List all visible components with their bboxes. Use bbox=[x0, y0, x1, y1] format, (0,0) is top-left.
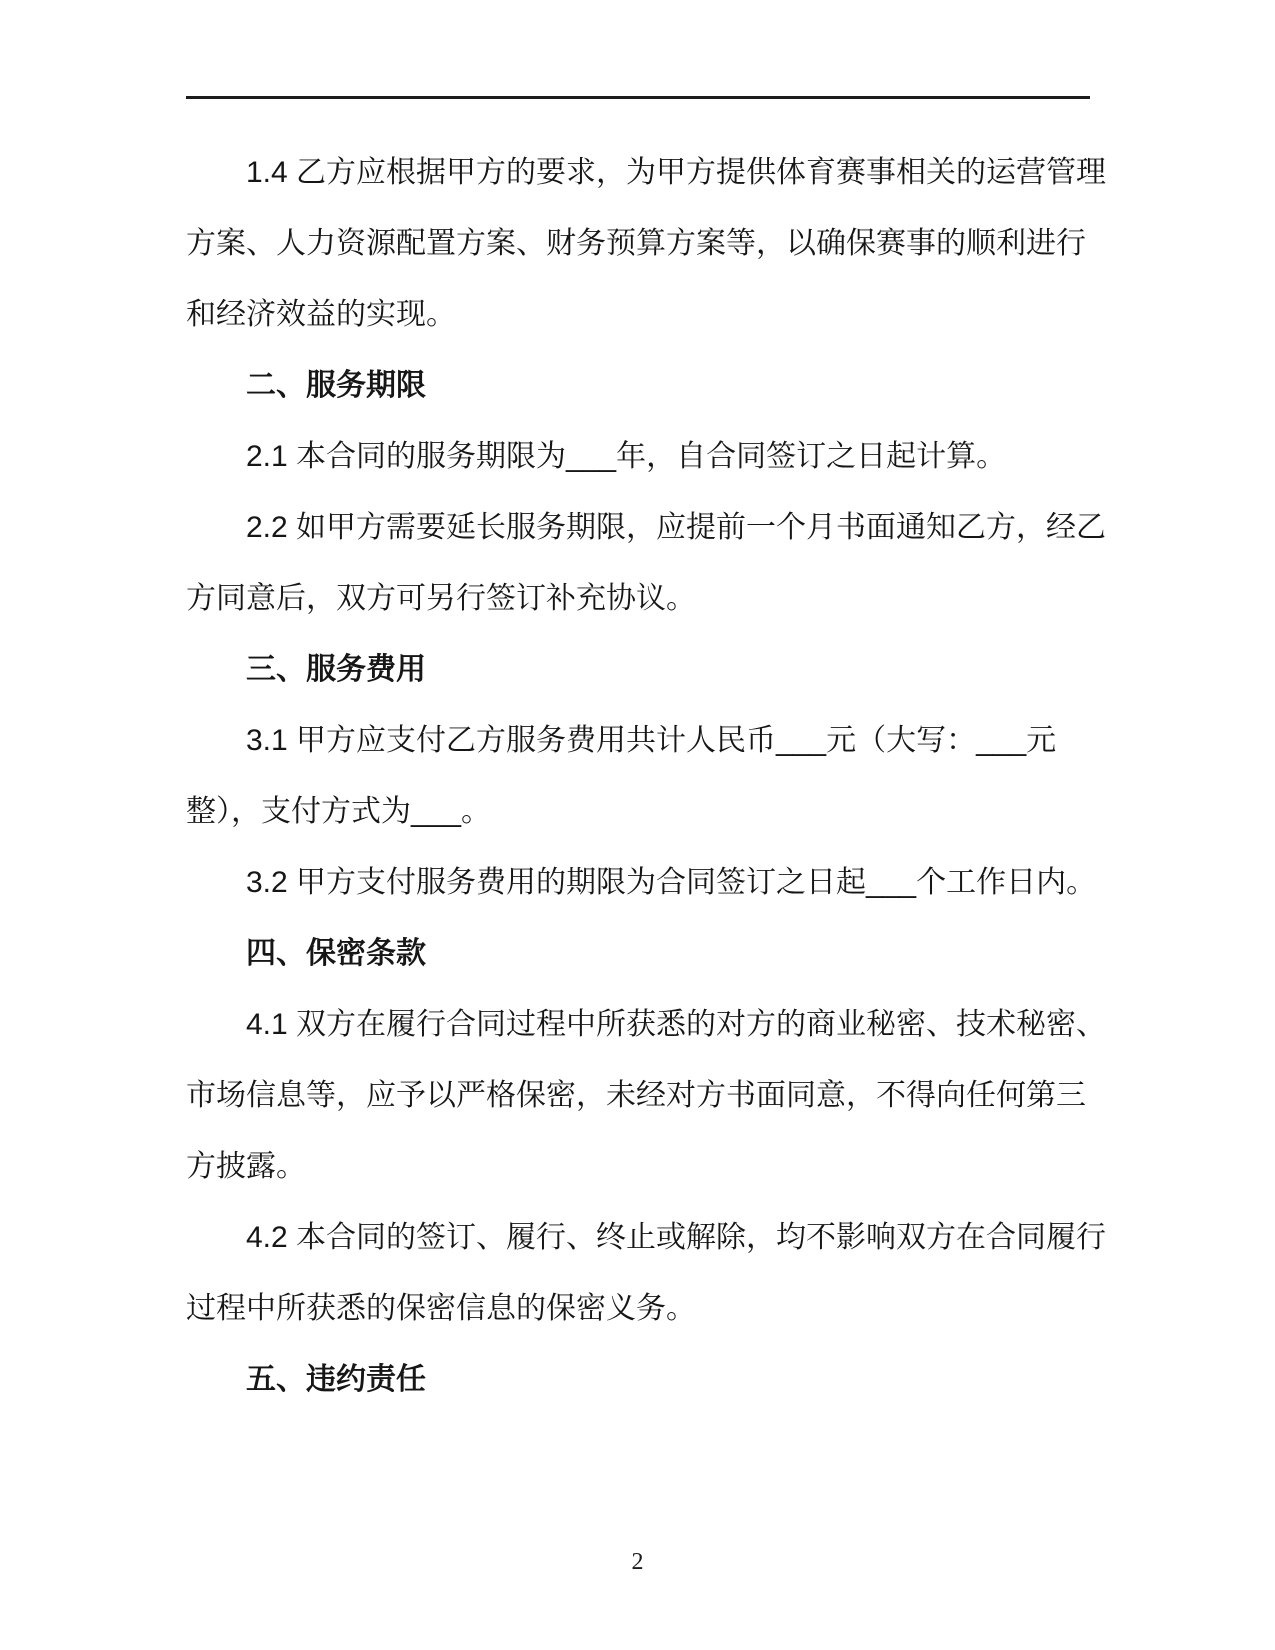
header-rule bbox=[186, 96, 1090, 99]
contract-body: 1.4 乙方应根据甲方的要求，为甲方提供体育赛事相关的运营管理 方案、人力资源配… bbox=[186, 137, 1090, 1415]
page-number: 2 bbox=[0, 1549, 1275, 1576]
clause-2-2-line-2: 方同意后，双方可另行签订补充协议。 bbox=[186, 563, 1090, 634]
clause-4-2-line-2: 过程中所获悉的保密信息的保密义务。 bbox=[186, 1273, 1090, 1344]
clause-4-2-line-1: 4.2 本合同的签订、履行、终止或解除，均不影响双方在合同履行 bbox=[186, 1202, 1090, 1273]
clause-4-1-line-3: 方披露。 bbox=[186, 1131, 1090, 1202]
clause-3-1-line-2: 整），支付方式为___。 bbox=[186, 776, 1090, 847]
clause-2-2-line-1: 2.2 如甲方需要延长服务期限，应提前一个月书面通知乙方，经乙 bbox=[186, 492, 1090, 563]
section-heading-confidentiality: 四、保密条款 bbox=[186, 918, 1090, 989]
clause-3-2-line-1: 3.2 甲方支付服务费用的期限为合同签订之日起___个工作日内。 bbox=[186, 847, 1090, 918]
section-heading-service-fee: 三、服务费用 bbox=[186, 634, 1090, 705]
section-heading-breach-liability: 五、违约责任 bbox=[186, 1344, 1090, 1415]
clause-1-4-line-1: 1.4 乙方应根据甲方的要求，为甲方提供体育赛事相关的运营管理 bbox=[186, 137, 1090, 208]
clause-4-1-line-2: 市场信息等，应予以严格保密，未经对方书面同意，不得向任何第三 bbox=[186, 1060, 1090, 1131]
contract-page: 1.4 乙方应根据甲方的要求，为甲方提供体育赛事相关的运营管理 方案、人力资源配… bbox=[0, 0, 1275, 1650]
clause-2-1-line-1: 2.1 本合同的服务期限为___年，自合同签订之日起计算。 bbox=[186, 421, 1090, 492]
clause-3-1-line-1: 3.1 甲方应支付乙方服务费用共计人民币___元（大写：___元 bbox=[186, 705, 1090, 776]
clause-1-4-line-3: 和经济效益的实现。 bbox=[186, 279, 1090, 350]
clause-4-1-line-1: 4.1 双方在履行合同过程中所获悉的对方的商业秘密、技术秘密、 bbox=[186, 989, 1090, 1060]
clause-1-4-line-2: 方案、人力资源配置方案、财务预算方案等，以确保赛事的顺利进行 bbox=[186, 208, 1090, 279]
section-heading-service-term: 二、服务期限 bbox=[186, 350, 1090, 421]
